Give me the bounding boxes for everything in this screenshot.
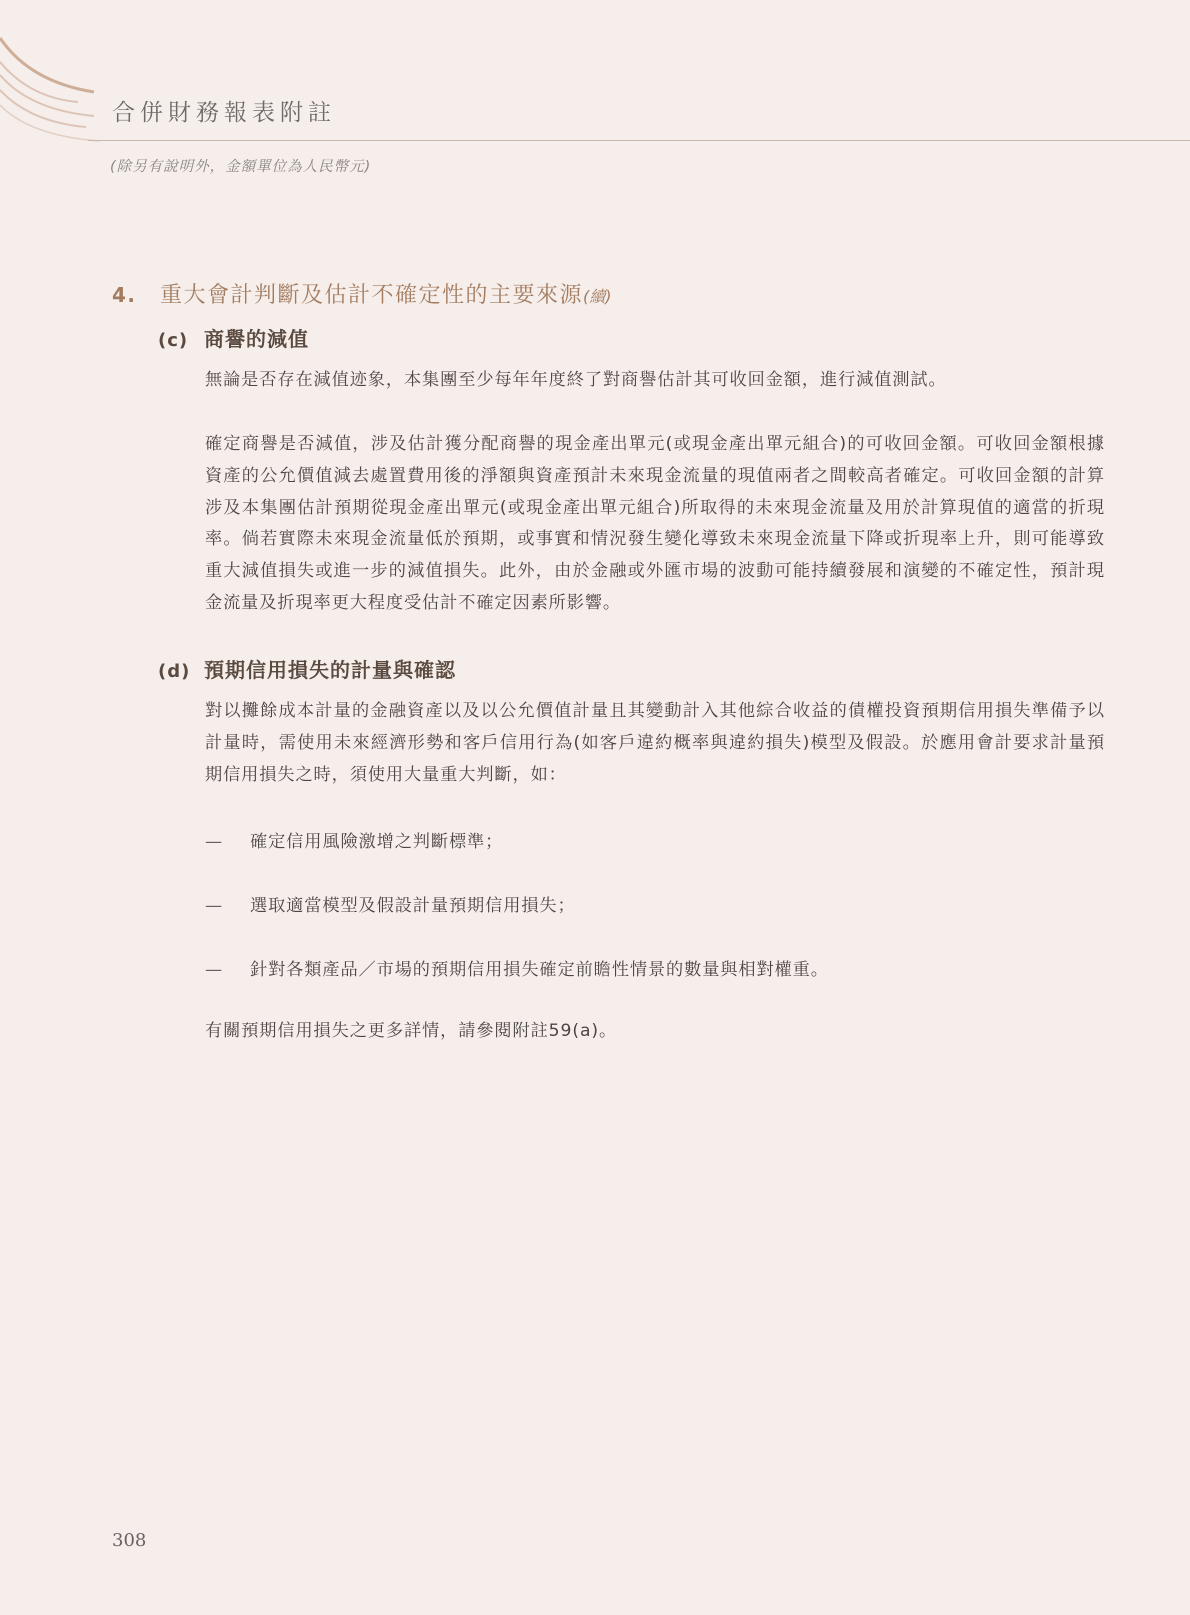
page-header-title: 合併財務報表附註 [112,94,336,127]
currency-note: (除另有說明外，金額單位為人民幣元) [110,155,371,176]
closing-note: 有關預期信用損失之更多詳情，請參閱附註59(a)。 [205,1016,1105,1048]
paragraph: 確定商譽是否減值，涉及估計獲分配商譽的現金產出單元(或現金產出單元組合)的可收回… [205,429,1105,620]
continued-label: (續) [583,287,612,306]
section-heading: 4.重大會計判斷及估計不確定性的主要來源(續) [112,278,612,309]
subsection-label: (d) [158,661,204,682]
subsection-label: (c) [158,330,204,351]
header-divider [88,140,1190,141]
list-item-text: 針對各類產品／市場的預期信用損失確定前瞻性情景的數量與相對權重。 [250,960,829,980]
list-item: —針對各類產品／市場的預期信用損失確定前瞻性情景的數量與相對權重。 [205,955,829,980]
list-item-text: 選取適當模型及假設計量預期信用損失； [250,896,576,916]
dash-bullet: — [205,832,250,852]
list-item: —確定信用風險激增之判斷標準； [205,827,503,852]
section-number: 4. [112,283,160,307]
list-item-text: 確定信用風險激增之判斷標準； [250,832,503,852]
dash-bullet: — [205,960,250,980]
page-number: 308 [112,1530,146,1551]
subsection-heading-c: (c)商譽的減值 [158,323,309,352]
subsection-title: 預期信用損失的計量與確認 [204,658,456,682]
decorative-arcs-icon [0,0,100,150]
subsection-heading-d: (d)預期信用損失的計量與確認 [158,654,456,683]
paragraph: 無論是否存在減值迹象，本集團至少每年年度終了對商譽估計其可收回金額，進行減值測試… [205,365,1105,397]
list-item: —選取適當模型及假設計量預期信用損失； [205,891,576,916]
section-title: 重大會計判斷及估計不確定性的主要來源 [160,283,583,308]
dash-bullet: — [205,896,250,916]
paragraph: 對以攤餘成本計量的金融資產以及以公允價值計量且其變動計入其他綜合收益的債權投資預… [205,696,1105,791]
subsection-title: 商譽的減值 [204,327,309,351]
